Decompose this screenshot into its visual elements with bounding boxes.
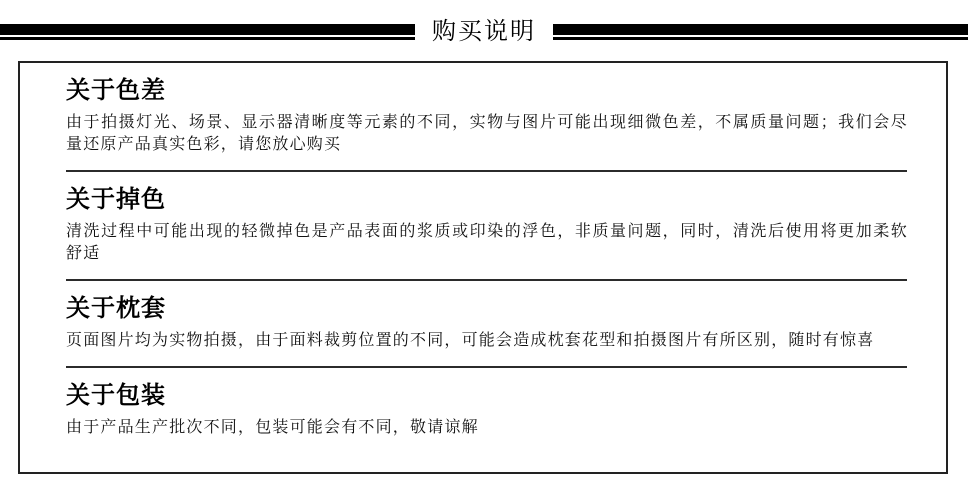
section-heading: 关于色差 bbox=[66, 79, 908, 103]
header-decor-bar-right-thick bbox=[553, 24, 968, 35]
section-body: 页面图片均为实物拍摄，由于面料裁剪位置的不同，可能会造成枕套花型和拍摄图片有所区… bbox=[66, 330, 908, 352]
page-title: 购买说明 bbox=[415, 16, 553, 47]
header-decor-bar-right-thin bbox=[553, 37, 968, 40]
section-divider bbox=[66, 279, 907, 281]
section-body: 由于拍摄灯光、场景、显示器清晰度等元素的不同，实物与图片可能出现细微色差，不属质… bbox=[66, 112, 908, 156]
header-decor-bar-left-thin bbox=[0, 37, 415, 40]
section-pillowcase: 关于枕套 页面图片均为实物拍摄，由于面料裁剪位置的不同，可能会造成枕套花型和拍摄… bbox=[20, 297, 946, 352]
section-packaging: 关于包装 由于产品生产批次不同，包装可能会有不同，敬请谅解 bbox=[20, 384, 946, 439]
section-heading: 关于枕套 bbox=[66, 297, 908, 321]
section-divider bbox=[66, 170, 907, 172]
header-decor-bar-left bbox=[0, 24, 415, 40]
section-heading: 关于掉色 bbox=[66, 188, 908, 212]
section-body: 由于产品生产批次不同，包装可能会有不同，敬请谅解 bbox=[66, 417, 908, 439]
section-heading: 关于包装 bbox=[66, 384, 908, 408]
purchase-instructions-page: 购买说明 关于色差 由于拍摄灯光、场景、显示器清晰度等元素的不同，实物与图片可能… bbox=[0, 0, 968, 500]
header-decor-bar-left-thick bbox=[0, 24, 415, 35]
info-panel: 关于色差 由于拍摄灯光、场景、显示器清晰度等元素的不同，实物与图片可能出现细微色… bbox=[18, 61, 948, 474]
section-fading: 关于掉色 清洗过程中可能出现的轻微掉色是产品表面的浆质或印染的浮色，非质量问题，… bbox=[20, 188, 946, 265]
header-decor-bar-right bbox=[553, 24, 968, 40]
page-header: 购买说明 bbox=[0, 0, 968, 47]
section-body: 清洗过程中可能出现的轻微掉色是产品表面的浆质或印染的浮色，非质量问题，同时，清洗… bbox=[66, 221, 908, 265]
section-divider bbox=[66, 366, 907, 368]
section-color-difference: 关于色差 由于拍摄灯光、场景、显示器清晰度等元素的不同，实物与图片可能出现细微色… bbox=[20, 79, 946, 156]
